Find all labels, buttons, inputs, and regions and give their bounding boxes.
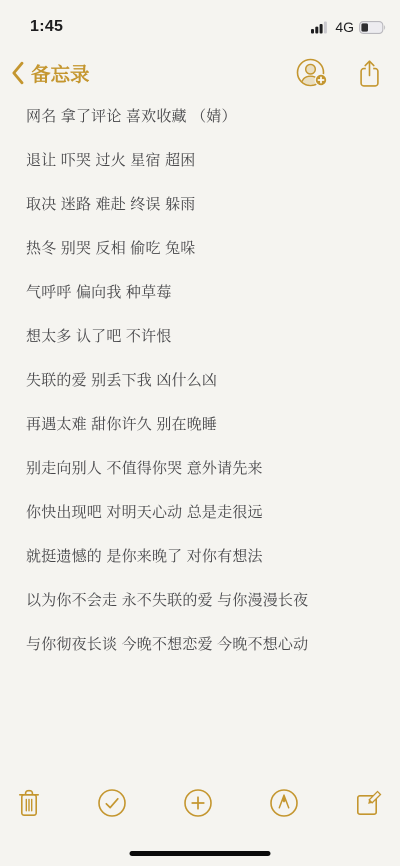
toolbar-icons <box>0 770 400 818</box>
clock-time: 1:45 <box>30 18 63 36</box>
nav-actions <box>296 58 382 88</box>
trash-icon[interactable] <box>17 788 41 818</box>
note-group: 气呼呼 偏向我 种草莓想太多 认了吧 不许恨 <box>26 282 374 348</box>
note-line[interactable]: 以为你不会走 永不失联的爱 与你漫漫长夜 <box>26 590 374 612</box>
nav-bar: 备忘录 <box>0 46 400 100</box>
chevron-left-icon <box>11 61 24 85</box>
note-line[interactable]: 网名 拿了评论 喜欢收藏 （婧） <box>26 106 374 128</box>
add-icon[interactable] <box>183 788 213 818</box>
note-line[interactable]: 取决 迷路 难赴 终误 躲雨 <box>26 194 374 216</box>
note-line[interactable]: 就挺遗憾的 是你来晚了 对你有想法 <box>26 546 374 568</box>
add-people-icon[interactable] <box>296 58 327 88</box>
markup-icon[interactable] <box>269 788 299 818</box>
note-group: 以为你不会走 永不失联的爱 与你漫漫长夜与你彻夜长谈 今晚不想恋爱 今晚不想心动 <box>26 590 374 656</box>
back-button[interactable]: 备忘录 <box>11 59 90 87</box>
back-button-label: 备忘录 <box>31 59 90 87</box>
note-line[interactable]: 退让 吓哭 过火 星宿 超困 <box>26 150 374 172</box>
note-line[interactable]: 你快出现吧 对明天心动 总是走很远 <box>26 502 374 524</box>
status-indicators: 4G <box>311 19 386 35</box>
share-icon[interactable] <box>357 59 382 88</box>
network-type-label: 4G <box>335 19 354 35</box>
notes-app-screen: 1:45 4G <box>0 0 400 866</box>
bottom-toolbar <box>0 770 400 866</box>
note-line[interactable]: 与你彻夜长谈 今晚不想恋爱 今晚不想心动 <box>26 634 374 656</box>
note-line[interactable]: 热冬 别哭 反相 偷吃 兔哚 <box>26 238 374 260</box>
note-group: 失联的爱 别丢下我 凶什么凶再遇太难 甜你许久 别在晚睡 <box>26 370 374 436</box>
note-line[interactable]: 再遇太难 甜你许久 别在晚睡 <box>26 414 374 436</box>
note-group: 别走向别人 不值得你哭 意外请先来你快出现吧 对明天心动 总是走很远就挺遗憾的 … <box>26 458 374 568</box>
note-line[interactable]: 气呼呼 偏向我 种草莓 <box>26 282 374 304</box>
home-indicator[interactable] <box>130 851 271 856</box>
signal-strength-icon <box>311 21 330 34</box>
note-line[interactable]: 别走向别人 不值得你哭 意外请先来 <box>26 458 374 480</box>
checklist-icon[interactable] <box>97 788 127 818</box>
note-body[interactable]: 网名 拿了评论 喜欢收藏 （婧）退让 吓哭 过火 星宿 超困取决 迷路 难赴 终… <box>0 100 400 656</box>
status-bar: 1:45 4G <box>0 0 400 46</box>
note-line[interactable]: 失联的爱 别丢下我 凶什么凶 <box>26 370 374 392</box>
note-line[interactable]: 想太多 认了吧 不许恨 <box>26 326 374 348</box>
battery-icon <box>359 21 386 34</box>
compose-icon[interactable] <box>355 789 383 817</box>
note-group: 网名 拿了评论 喜欢收藏 （婧）退让 吓哭 过火 星宿 超困取决 迷路 难赴 终… <box>26 106 374 260</box>
